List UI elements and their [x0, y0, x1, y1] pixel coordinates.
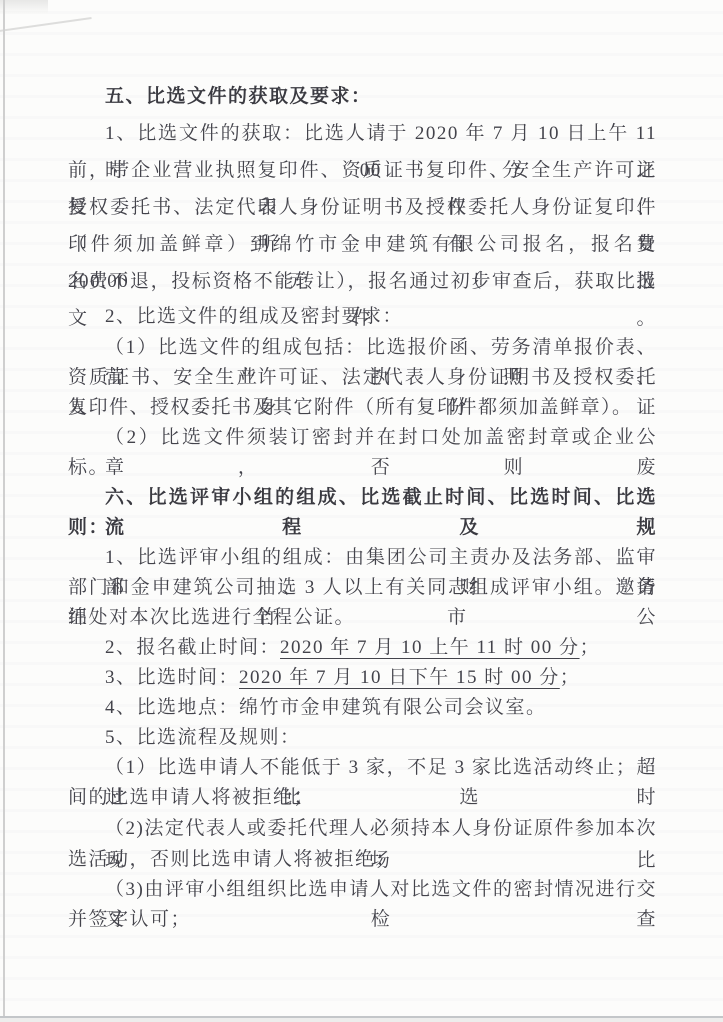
text-segment: 五、比选文件的获取及要求：: [105, 86, 372, 107]
scanned-document-page: 五、比选文件的获取及要求：1、比选文件的获取：比选人请于 2020 年 7 月 …: [0, 0, 723, 1022]
text-segment: 选活动，否则比选申请人将被拒绝；: [68, 849, 396, 870]
rule-2-line-1: （2)法定代表人或委托代理人必须持本人身份证原件参加本次现场比: [68, 813, 657, 845]
document-body: 五、比选文件的获取及要求：1、比选文件的获取：比选人请于 2020 年 7 月 …: [68, 78, 657, 935]
text-segment: 则：: [68, 517, 109, 538]
panel-composition-line-1: 1、比选评审小组的组成：由集团公司主责办及法务部、监审部、财务: [68, 543, 657, 573]
text-segment: 并签字认可；: [68, 909, 191, 930]
text-segment: 4、比选地点：绵竹市金申建筑有限公司会议室。: [105, 697, 547, 718]
composition-item-1-line-1: （1）比选文件的组成包括：比选报价函、劳务清单报价表、营业执照、: [68, 333, 657, 363]
selection-venue-line: 4、比选地点：绵竹市金申建筑有限公司会议室。: [68, 693, 657, 723]
selection-rules-heading: 5、比选流程及规则：: [68, 723, 657, 753]
doc-acquisition-line-4: 印件须加盖鲜章）到绵竹市金申建筑有限公司报名，报名费 200.00 元（报: [68, 226, 657, 263]
underlined-date: 2020 年 7 月 10 上午 11 时 00 分: [280, 637, 580, 658]
doc-acquisition-line-1: 1、比选文件的获取：比选人请于 2020 年 7 月 10 日上午 11 时 0…: [68, 115, 657, 152]
text-segment: 复印件、授权委托书及其它附件（所有复印件都须加盖鲜章）。: [68, 397, 633, 418]
registration-deadline-line: 2、报名截止时间：2020 年 7 月 10 上午 11 时 00 分；: [68, 633, 657, 663]
text-segment: 2、比选文件的组成及密封要求：: [105, 306, 403, 327]
text-segment: ；: [580, 637, 601, 658]
doc-acquisition-line-2: 前，带企业营业执照复印件、资质证书复印件、安全生产许可证复印件、: [68, 152, 657, 189]
text-segment: 2、报名截止时间：: [105, 637, 280, 658]
rule-3-line-1: （3)由评审小组组织比选申请人对比选文件的密封情况进行交叉检查: [68, 875, 657, 905]
page-bottom-edge: [0, 1016, 723, 1018]
text-segment: 六、比选评审小组的组成、比选截止时间、比选时间、比选流程及规: [105, 487, 657, 538]
selection-time-line: 3、比选时间：2020 年 7 月 10 日下午 15 时 00 分；: [68, 663, 657, 693]
text-segment: 间的比选申请人将被拒绝；: [68, 787, 314, 808]
scan-smudge-artifact: [0, 0, 48, 14]
composition-item-1-line-3: 复印件、授权委托书及其它附件（所有复印件都须加盖鲜章）。: [68, 393, 657, 423]
text-segment: 5、比选流程及规则：: [105, 727, 301, 748]
text-segment: 证处对本次比选进行全程公证。: [68, 607, 355, 628]
sealing-item-2-line-1: （2）比选文件须装订密封并在封口处加盖密封章或企业公章，否则废: [68, 423, 657, 453]
text-segment: （2）比选文件须装订密封并在封口处加盖密封章或企业公章，否则废: [105, 427, 657, 478]
scan-diagonal-artifact: [0, 17, 92, 33]
doc-acquisition-line-5: 名费不退，投标资格不能转让），报名通过初步审查后，获取比选文件。: [68, 263, 657, 300]
page-bottom-shadow: [0, 1018, 723, 1022]
panel-composition-line-2: 部门和金申建筑公司抽选 3 人以上有关同志组成评审小组。邀请绵竹市公: [68, 573, 657, 603]
composition-item-1-line-2: 资质证书、安全生产许可证、法定代表人身份证明书及授权委托人身份证: [68, 363, 657, 393]
page-left-edge: [3, 0, 5, 1016]
text-segment: 标。: [68, 457, 109, 478]
underlined-date: 2020 年 7 月 10 日下午 15 时 00 分: [239, 667, 560, 688]
text-segment: 3、比选时间：: [105, 667, 239, 688]
section-six-heading-line-1: 六、比选评审小组的组成、比选截止时间、比选时间、比选流程及规: [68, 483, 657, 513]
rule-1-line-1: （1）比选申请人不能低于 3 家，不足 3 家比选活动终止；超过比选时: [68, 753, 657, 783]
doc-acquisition-line-3: 授权委托书、法定代表人身份证明书及授权委托人身份证复印件（所有复: [68, 189, 657, 226]
text-segment: ；: [560, 667, 581, 688]
section-five-heading: 五、比选文件的获取及要求：: [68, 78, 657, 115]
